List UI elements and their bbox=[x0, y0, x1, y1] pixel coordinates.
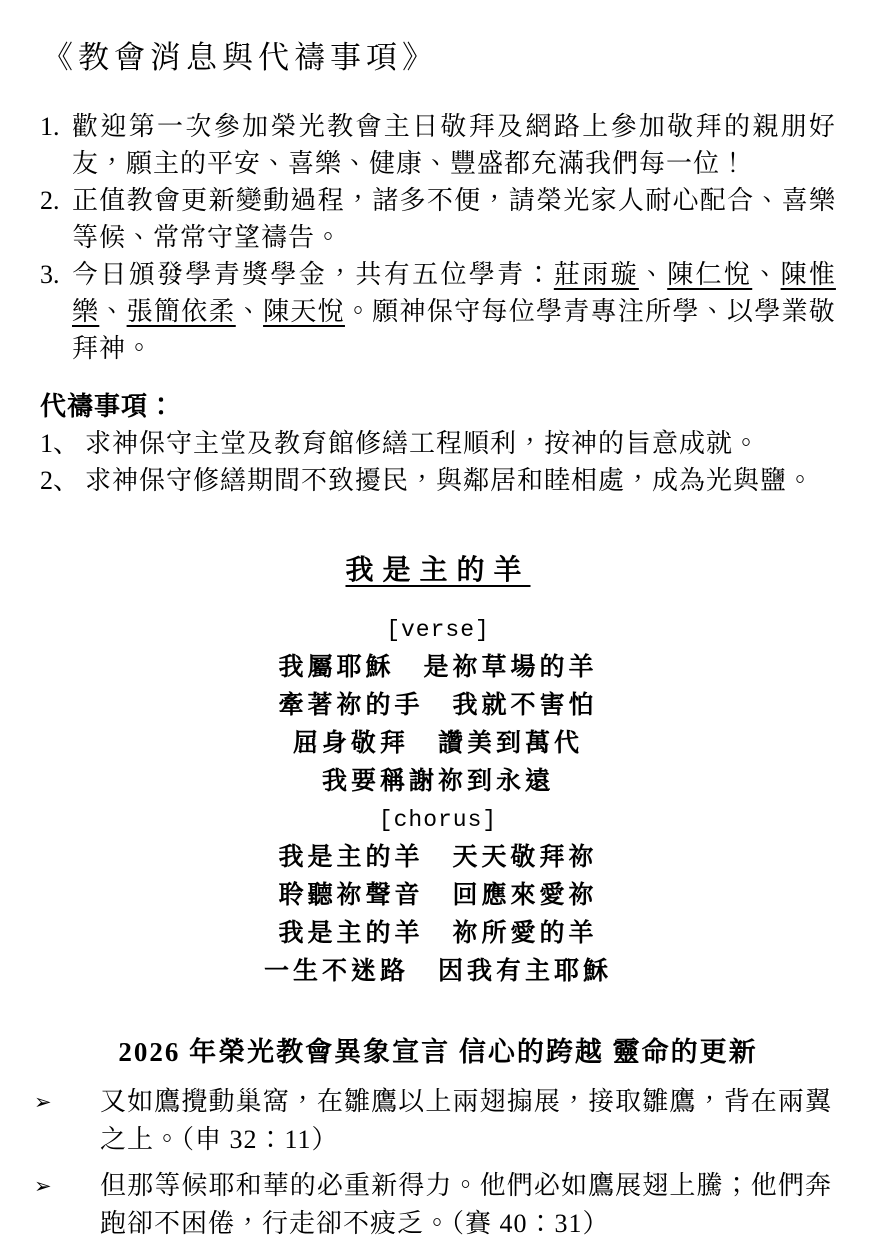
student-name: 陳天悅 bbox=[263, 297, 345, 326]
announcement-item-3: 3. 今日頒發學青獎學金，共有五位學青：莊雨璇、陳仁悅、陳惟樂、張簡依柔、陳天悅… bbox=[40, 256, 836, 367]
chorus-label: [chorus] bbox=[40, 801, 836, 839]
prayer-list: 1、 求神保守主堂及教育館修繕工程順利，按神的旨意成就。 2、 求神保守修繕期間… bbox=[40, 425, 836, 499]
arrowhead-bullet-icon: ➢ bbox=[34, 1167, 100, 1241]
song-section: 我是主的羊 [verse] 我屬耶穌 是祢草場的羊 牽著祢的手 我就不害怕 屈身… bbox=[40, 552, 836, 991]
prayer-heading: 代禱事項： bbox=[40, 388, 836, 425]
announcement-item-1: 1. 歡迎第一次參加榮光教會主日敬拜及網路上參加敬拜的親朋好友，願主的平安、喜樂… bbox=[40, 108, 836, 182]
vision-verse-2: ➢ 但那等候耶和華的必重新得力。他們必如鷹展翅上騰；他們奔跑卻不困倦，行走卻不疲… bbox=[34, 1167, 836, 1241]
vision-heading: 2026 年榮光教會異象宣言 信心的跨越 靈命的更新 bbox=[40, 1035, 836, 1069]
prayer-text: 求神保守主堂及教育館修繕工程順利，按神的旨意成就。 bbox=[85, 425, 836, 462]
chorus-line: 我是主的羊 祢所愛的羊 bbox=[40, 915, 836, 953]
student-name: 莊雨璇 bbox=[554, 260, 639, 289]
announcement-text-segment: 今日頒發學青獎學金，共有五位學青： bbox=[72, 260, 554, 289]
list-number: 2. bbox=[40, 182, 72, 256]
page-title: 《教會消息與代禱事項》 bbox=[42, 38, 836, 78]
scripture-text: 又如鷹攪動巢窩，在雛鷹以上兩翅搧展，接取雛鷹，背在兩翼之上。（申 32：11） bbox=[100, 1083, 836, 1159]
arrowhead-bullet-icon: ➢ bbox=[34, 1083, 100, 1159]
announcement-list: 1. 歡迎第一次參加榮光教會主日敬拜及網路上參加敬拜的親朋好友，願主的平安、喜樂… bbox=[40, 108, 836, 367]
prayer-item-1: 1、 求神保守主堂及教育館修繕工程順利，按神的旨意成就。 bbox=[40, 425, 836, 462]
prayer-text: 求神保守修繕期間不致擾民，與鄰居和睦相處，成為光與鹽。 bbox=[85, 462, 836, 499]
scripture-text: 但那等候耶和華的必重新得力。他們必如鷹展翅上騰；他們奔跑卻不困倦，行走卻不疲乏。… bbox=[100, 1167, 836, 1241]
verse-label: [verse] bbox=[40, 611, 836, 649]
chorus-line: 聆聽祢聲音 回應來愛祢 bbox=[40, 877, 836, 915]
student-name: 張簡依柔 bbox=[127, 297, 236, 326]
vision-section: 2026 年榮光教會異象宣言 信心的跨越 靈命的更新 ➢ 又如鷹攪動巢窩，在雛鷹… bbox=[40, 1035, 836, 1241]
list-number: 1. bbox=[40, 108, 72, 182]
announcement-text: 今日頒發學青獎學金，共有五位學青：莊雨璇、陳仁悅、陳惟樂、張簡依柔、陳天悅。願神… bbox=[72, 256, 836, 367]
verse-line: 牽著祢的手 我就不害怕 bbox=[40, 687, 836, 725]
announcement-text-segment: 、 bbox=[236, 297, 263, 326]
song-body: [verse] 我屬耶穌 是祢草場的羊 牽著祢的手 我就不害怕 屈身敬拜 讚美到… bbox=[40, 611, 836, 991]
list-number: 1、 bbox=[40, 425, 85, 462]
announcement-item-2: 2. 正值教會更新變動過程，諸多不便，請榮光家人耐心配合、喜樂等候、常常守望禱告… bbox=[40, 182, 836, 256]
announcement-text-segment: 、 bbox=[752, 260, 780, 289]
announcement-text-segment: 、 bbox=[639, 260, 667, 289]
verse-line: 我要稱謝祢到永遠 bbox=[40, 763, 836, 801]
chorus-line: 一生不迷路 因我有主耶穌 bbox=[40, 953, 836, 991]
student-name: 陳仁悅 bbox=[667, 260, 752, 289]
verse-line: 我屬耶穌 是祢草場的羊 bbox=[40, 649, 836, 687]
prayer-item-2: 2、 求神保守修繕期間不致擾民，與鄰居和睦相處，成為光與鹽。 bbox=[40, 462, 836, 499]
prayer-section: 代禱事項： 1、 求神保守主堂及教育館修繕工程順利，按神的旨意成就。 2、 求神… bbox=[40, 388, 836, 499]
church-bulletin-page: 《教會消息與代禱事項》 1. 歡迎第一次參加榮光教會主日敬拜及網路上參加敬拜的親… bbox=[0, 0, 878, 1241]
chorus-line: 我是主的羊 天天敬拜祢 bbox=[40, 839, 836, 877]
vision-verse-1: ➢ 又如鷹攪動巢窩，在雛鷹以上兩翅搧展，接取雛鷹，背在兩翼之上。（申 32：11… bbox=[34, 1083, 836, 1159]
announcement-text: 歡迎第一次參加榮光教會主日敬拜及網路上參加敬拜的親朋好友，願主的平安、喜樂、健康… bbox=[72, 108, 836, 182]
song-title-row: 我是主的羊 bbox=[40, 552, 836, 590]
list-number: 2、 bbox=[40, 462, 85, 499]
announcement-text-segment: 、 bbox=[99, 297, 126, 326]
verse-line: 屈身敬拜 讚美到萬代 bbox=[40, 725, 836, 763]
song-title: 我是主的羊 bbox=[345, 552, 530, 590]
list-number: 3. bbox=[40, 256, 72, 367]
announcement-text: 正值教會更新變動過程，諸多不便，請榮光家人耐心配合、喜樂等候、常常守望禱告。 bbox=[72, 182, 836, 256]
